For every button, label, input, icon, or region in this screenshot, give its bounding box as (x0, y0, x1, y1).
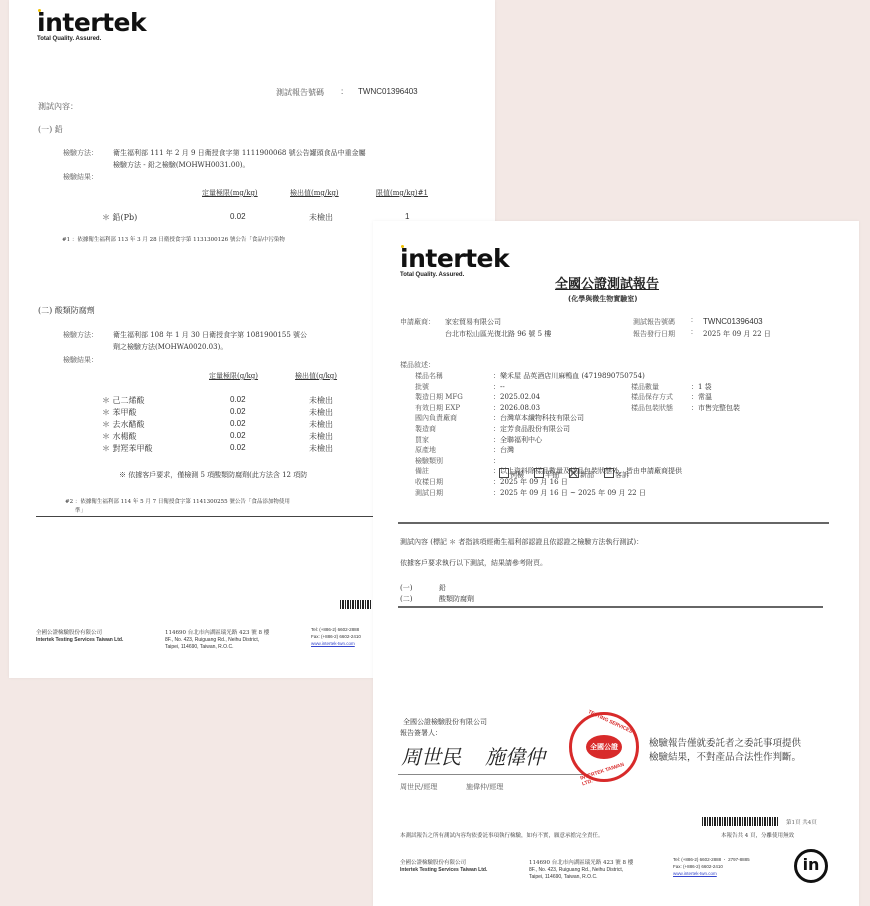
inspection-type-option[interactable]: 新品 (569, 471, 594, 479)
report-no: TWNC01396403 (358, 87, 418, 96)
sample-field-value: ：全聯福利中心 (493, 435, 542, 445)
checkbox-empty-icon[interactable] (534, 468, 544, 478)
barcode (702, 817, 778, 826)
sample-side-value: ：市售完整包裝 (691, 403, 740, 413)
sample-side-value: ：1 袋 (691, 382, 712, 392)
sample-field-label: 製造日期 MFG (415, 392, 463, 402)
intertek-in-badge-icon: in (794, 849, 828, 883)
page-indicator: 第1頁 共4頁 (786, 818, 817, 826)
legal-notice: 本測試報告之所有測試內容均依委託事項執行檢驗，如有不實，願意承擔完全責任。 (400, 831, 604, 839)
test-content-heading: 測試內容 (標記 ＊ 者指該項經衛生福利部認證且依認證之檢驗方法執行測試)： (400, 537, 643, 547)
sample-field-value: ：-- (493, 382, 505, 392)
sample-field-label: 樣品名稱 (415, 371, 443, 381)
table2-cell-item: ＊ 苯甲酸 (102, 407, 137, 418)
company-seal-stamp: TESTING SERVICES 全國公證 INTERTEK TAIWAN LT… (569, 712, 639, 782)
report-no-label: 測試報告號碼 (276, 87, 324, 98)
signature-1: 周世民 (401, 741, 461, 770)
sample-desc-label: 樣品敘述： (400, 360, 435, 370)
sample-field-label: 檢驗類別 (415, 456, 443, 466)
table2-cell-loq: 0.02 (230, 419, 246, 428)
table2-cell-detected: 未檢出 (309, 395, 333, 406)
table2-cell-loq: 0.02 (230, 431, 246, 440)
issue-date: 2025 年 09 月 22 日 (703, 329, 771, 339)
inspection-type-option[interactable]: 平抽 (534, 471, 559, 479)
sample-field-value: ：定芳食品股份有限公司 (493, 424, 570, 434)
barcode (340, 600, 372, 609)
table2-cell-loq: 0.02 (230, 407, 246, 416)
table2-cell-item: ＊ 己二烯酸 (102, 395, 145, 406)
signer-2-name: 施偉仲/經理 (466, 782, 503, 792)
table1-row-item: ＊ 鉛(Pb) (102, 212, 137, 223)
signer-company: 全國公證檢驗股份有限公司 (403, 717, 487, 727)
section2-method: 衛生福利部 108 年 1 月 30 日衛授食字第 1081900155 號公 (113, 330, 307, 340)
checkbox-empty-icon[interactable] (604, 468, 614, 478)
table2-cell-item: ＊ 去水醋酸 (102, 419, 145, 430)
report-page-front: intertek Total Quality. Assured. 全國公證測試報… (373, 221, 859, 906)
table2-cell-detected: 未檢出 (309, 407, 333, 418)
sample-field-label: 原產地 (415, 445, 436, 455)
sample-field-value: ：台灣 (493, 445, 514, 455)
sample-field-label: 國內負責廠商 (415, 413, 457, 423)
table2-cell-item: ＊ 水楊酸 (102, 431, 137, 442)
sample-side-label: 樣品保存方式 (631, 392, 673, 402)
inspection-type-option[interactable]: 例檢 (499, 471, 524, 479)
sample-field-value: ：2025 年 09 月 16 日 ~ 2025 年 09 月 22 日 (493, 488, 646, 498)
table2-header-detected: 檢出值(g/kg) (295, 371, 337, 381)
table2-cell-loq: 0.02 (230, 443, 246, 452)
signer-1-name: 周世民/經理 (400, 782, 437, 792)
section2-title: (二) 酸類防腐劑 (38, 305, 95, 316)
checkbox-checked-icon[interactable] (569, 468, 579, 478)
sample-field-value: ：2026.08.03 (493, 403, 540, 413)
website-link[interactable]: www.intertek-twn.com (673, 871, 717, 876)
intertek-logo: intertek Total Quality. Assured. (400, 246, 509, 278)
footer-company-zh: 全國公證檢驗股份有限公司 (36, 628, 102, 636)
table2-header-loq: 定量極限(g/kg) (209, 371, 258, 381)
test-item: 鉛 (439, 583, 446, 593)
table2-cell-loq: 0.02 (230, 395, 246, 404)
inspection-type-checkboxes: 例檢平抽新品客訴 (499, 468, 639, 480)
table2-cell-detected: 未檢出 (309, 431, 333, 442)
report-title: 全國公證測試報告 (555, 273, 659, 292)
inspection-type-option[interactable]: 客訴 (604, 471, 629, 479)
table2-cell-item: ＊ 對羥苯甲酸 (102, 443, 153, 454)
sample-field-value: ： (493, 456, 500, 466)
sample-field-value: ：2025.02.04 (493, 392, 540, 402)
sample-field-label: 收樣日期 (415, 477, 443, 487)
table1-header-detected: 檢出值(mg/kg) (290, 188, 339, 198)
disclaimer: 檢驗報告僅就委託者之委託事項提供 (649, 735, 801, 749)
legal-notice-right: 本報告共 4 頁，分離使用無效 (721, 831, 794, 839)
sample-field-label: 有效日期 EXP (415, 403, 460, 413)
sample-field-value: ：樂禾屋 品英酒店川麻鴨血 (4719890750754) (493, 371, 645, 381)
section1-title: (一) 鉛 (38, 124, 63, 135)
divider (398, 522, 829, 524)
sample-side-label: 樣品數量 (631, 382, 659, 392)
signature-2: 施偉仲 (485, 741, 545, 770)
footnote-2: #2 ：依據衛生福利部 114 年 5 月 7 日衛授食字第 114130025… (65, 497, 290, 505)
sample-side-label: 樣品包裝狀態 (631, 403, 673, 413)
section1-method: 衛生福利部 111 年 2 月 9 日衛授食字第 1111900068 號公告罐… (113, 148, 366, 158)
section2-note: ※ 依據客戶要求，僅檢測 5 項酸類防腐劑(此方法含 12 項防 (119, 470, 307, 480)
sample-field-label: 備註 (415, 466, 429, 476)
test-content-note: 依據客戶要求執行以下測試，結果請參考附頁。 (400, 558, 547, 568)
report-subtitle: (化學與微生物實驗室) (568, 294, 637, 304)
divider (398, 606, 823, 608)
sample-side-value: ：常溫 (691, 392, 712, 402)
applicant-address: 台北市松山區光復北路 96 號 5 樓 (445, 329, 551, 339)
sample-field-label: 製造商 (415, 424, 436, 434)
table1-header-loq: 定量極限(mg/kg) (202, 188, 258, 198)
website-link[interactable]: www.intertek-twn.com (311, 641, 355, 646)
sample-field-label: 批號 (415, 382, 429, 392)
table2-cell-detected: 未檢出 (309, 419, 333, 430)
sample-field-value: ：台灣草本纖物科技有限公司 (493, 413, 584, 423)
sample-field-label: 測試日期 (415, 488, 443, 498)
test-content-label: 測試內容： (38, 101, 78, 112)
footnote-1: #1 ：依據衛生福利部 113 年 3 月 28 日衛授食字第 11313001… (62, 235, 285, 243)
applicant-name: 家宏貿易有限公司 (445, 317, 501, 327)
checkbox-empty-icon[interactable] (499, 468, 509, 478)
table2-cell-detected: 未檢出 (309, 443, 333, 454)
divider (36, 516, 396, 517)
table1-header-limit: 限值(mg/kg)#1 (376, 188, 428, 198)
test-item: 酸類防腐劑 (439, 594, 474, 604)
sample-field-label: 買家 (415, 435, 429, 445)
intertek-logo: intertek Total Quality. Assured. (37, 10, 146, 42)
footer-company-zh: 全國公證檢驗股份有限公司 (400, 858, 466, 866)
report-no: TWNC01396403 (703, 317, 763, 326)
